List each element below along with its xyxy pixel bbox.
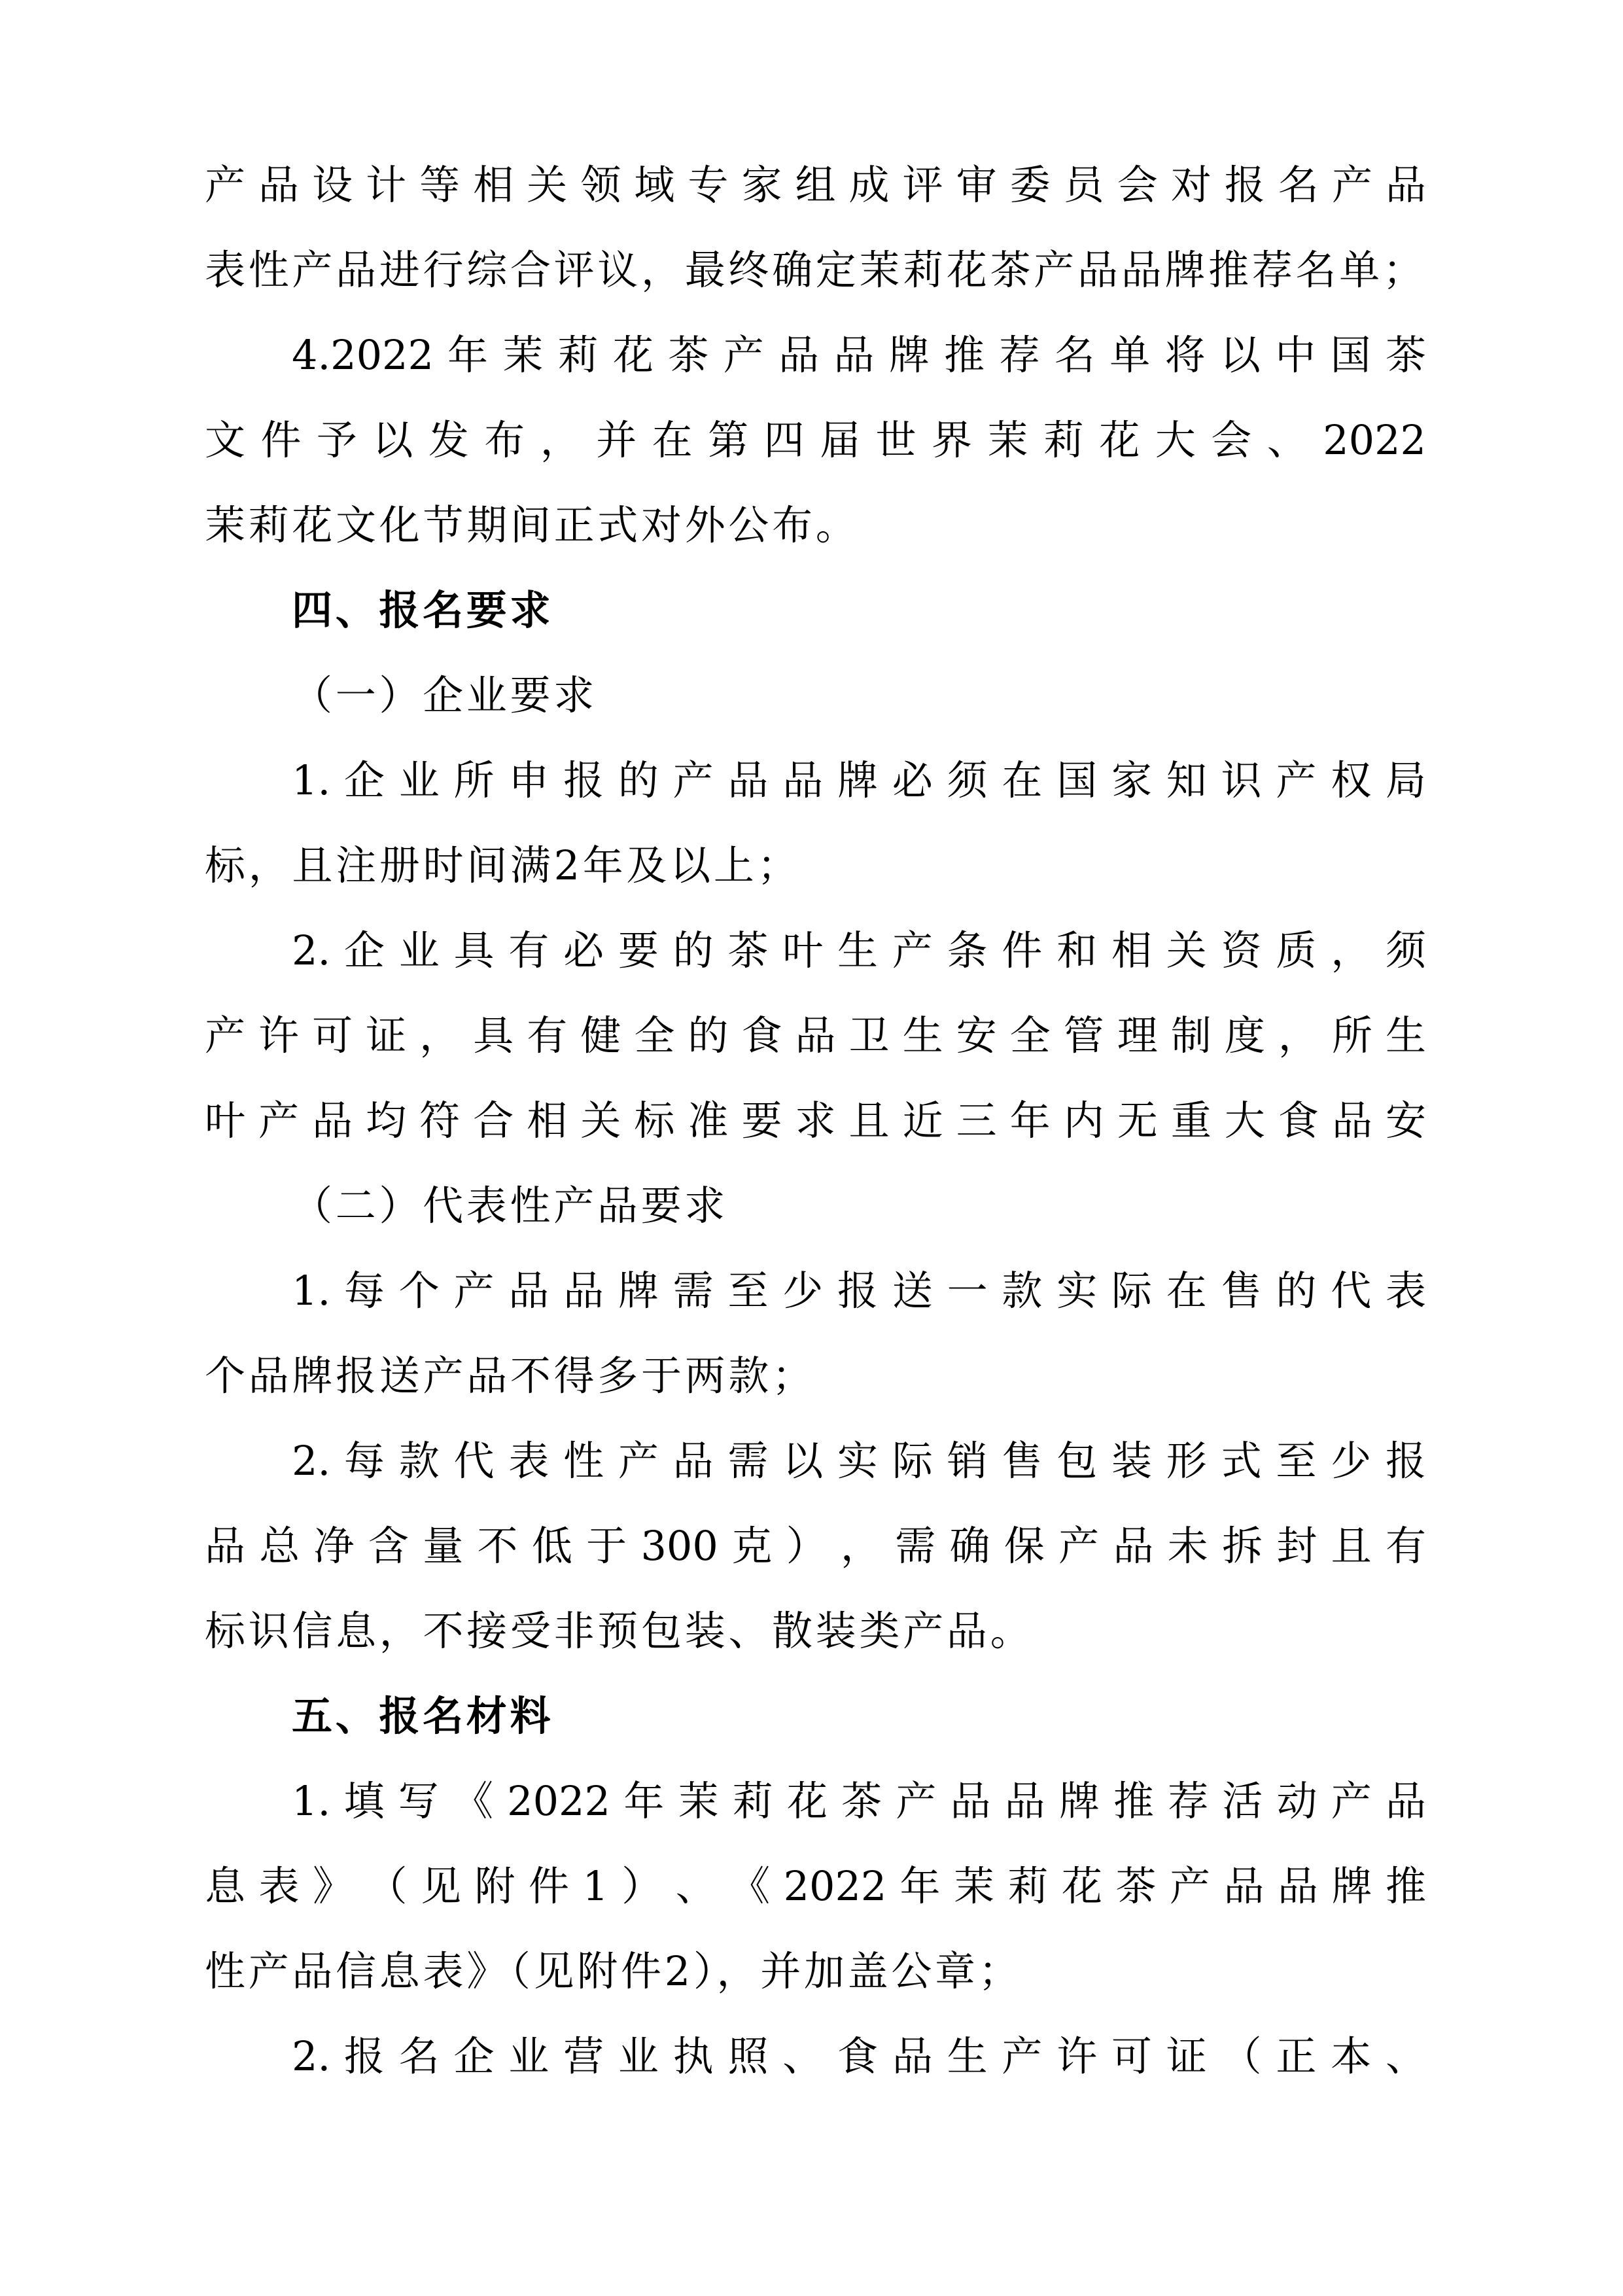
paragraph-line: 表性产品进行综合评议，最终确定茉莉花茶产品品牌推荐名单；: [205, 228, 1426, 313]
paragraph-line: 茉莉花文化节期间正式对外公布。: [205, 483, 1426, 568]
paragraph-line: 息 表 》 （ 见 附 件 1 ） 、 《 2022 年 茉 莉 花 茶 产 品…: [205, 1844, 1426, 1929]
paragraph-line: 叶 产 品 均 符 合 相 关 标 准 要 求 且 近 三 年 内 无 重 大 …: [205, 1078, 1426, 1163]
paragraph-line: 2. 每 款 代 表 性 产 品 需 以 实 际 销 售 包 装 形 式 至 少…: [205, 1419, 1426, 1504]
paragraph-line: 产 品 设 计 等 相 关 领 域 专 家 组 成 评 审 委 员 会 对 报 …: [205, 143, 1426, 228]
section-heading-registration-requirements: 四、报名要求: [205, 568, 1426, 653]
paragraph-line: 性产品信息表》（见附件2），并加盖公章；: [205, 1929, 1426, 2014]
document-body: 产 品 设 计 等 相 关 领 域 专 家 组 成 评 审 委 员 会 对 报 …: [205, 143, 1426, 2099]
paragraph-line: 文 件 予 以 发 布 ， 并 在 第 四 届 世 界 茉 莉 花 大 会 、 …: [205, 398, 1426, 483]
paragraph-line: 2. 企 业 具 有 必 要 的 茶 叶 生 产 条 件 和 相 关 资 质 ，…: [205, 908, 1426, 993]
subheading-enterprise-requirements: （一）企业要求: [205, 653, 1426, 738]
subheading-product-requirements: （二）代表性产品要求: [205, 1163, 1426, 1248]
paragraph-line: 1. 每 个 产 品 品 牌 需 至 少 报 送 一 款 实 际 在 售 的 代…: [205, 1248, 1426, 1333]
paragraph-line: 1. 企 业 所 申 报 的 产 品 品 牌 必 须 在 国 家 知 识 产 权…: [205, 738, 1426, 823]
paragraph-line: 产 许 可 证 ， 具 有 健 全 的 食 品 卫 生 安 全 管 理 制 度 …: [205, 993, 1426, 1078]
document-page: 产 品 设 计 等 相 关 领 域 专 家 组 成 评 审 委 员 会 对 报 …: [0, 0, 1623, 2296]
paragraph-line: 标识信息，不接受非预包装、散装类产品。: [205, 1589, 1426, 1674]
section-heading-registration-materials: 五、报名材料: [205, 1674, 1426, 1759]
paragraph-line: 4.2022 年 茉 莉 花 茶 产 品 品 牌 推 荐 名 单 将 以 中 国…: [205, 313, 1426, 398]
paragraph-line: 2. 报 名 企 业 营 业 执 照 、 食 品 生 产 许 可 证 （ 正 本…: [205, 2014, 1426, 2099]
paragraph-line: 个品牌报送产品不得多于两款；: [205, 1333, 1426, 1419]
paragraph-line: 1. 填 写 《 2022 年 茉 莉 花 茶 产 品 品 牌 推 荐 活 动 …: [205, 1759, 1426, 1844]
paragraph-line: 标，且注册时间满2年及以上；: [205, 823, 1426, 908]
paragraph-line: 品 总 净 含 量 不 低 于 300 克 ） ， 需 确 保 产 品 未 拆 …: [205, 1504, 1426, 1589]
